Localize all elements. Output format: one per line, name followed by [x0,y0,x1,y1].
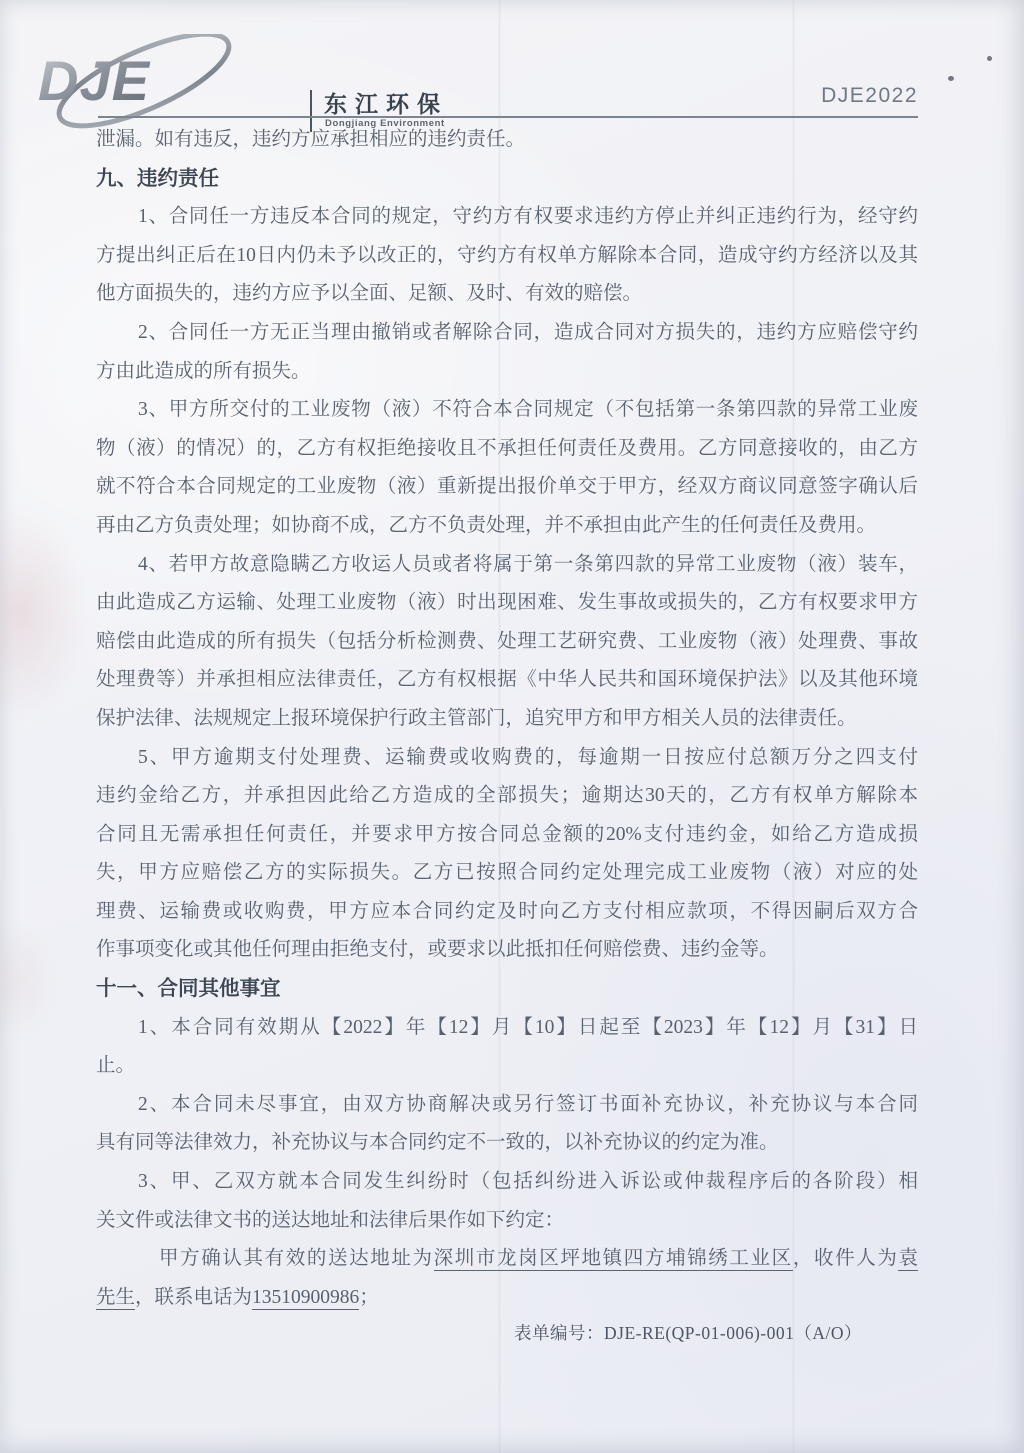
contract-line: 4、若甲方故意隐瞒乙方收运人员或者将属于第一条第四款的异常工业废物（液）装车， [96,546,918,585]
text-segment: ； [359,1287,379,1308]
contract-line: 2、本合同未尽事宜，由双方协商解决或另行签订书面补充协议，补充协议与本合同 [96,1086,918,1125]
contract-line: 再由乙方负责处理；如协商不成，乙方不负责处理，并不承担由此产生的任何责任及费用。 [96,507,918,546]
contract-line: 他方面损失的，违约方应予以全面、足额、及时、有效的赔偿。 [96,275,918,314]
contract-line: 关文件或法律文书的送达地址和法律后果作如下约定： [96,1202,918,1241]
underlined-text: 先生 [96,1287,135,1310]
scan-smudge [0,920,60,1040]
contract-line: 泄漏。如有违反，违约方应承担相应的违约责任。 [96,121,918,160]
underlined-text: 13510900986 [252,1287,359,1310]
contract-line: 1、本合同有效期从【2022】年【12】月【10】日起至【2023】年【12】月… [96,1009,918,1048]
contract-line: 物（液）的情况）的，乙方有权拒绝接收且不承担任何责任及费用。乙方同意接收的，由乙… [96,430,918,469]
contract-line: 就不符合本合同规定的工业废物（液）重新提出报价单交于甲方，经双方商议同意签字确认… [96,468,918,507]
scan-speck [948,76,954,81]
section-heading: 九、违约责任 [96,160,918,199]
form-number: 表单编号：DJE-RE(QP-01-006)-001（A/O） [514,1320,862,1345]
document-code: DJE2022 [821,84,918,108]
contract-line: 止。 [96,1047,918,1086]
text-segment: ，联系电话为 [135,1287,252,1308]
logo-name-cn: 东江环保 [324,86,448,119]
contract-line: 由此造成乙方运输、处理工业废物（液）时出现困难、发生事故或损失的，乙方有权要求甲… [96,584,918,623]
scan-speck [987,56,992,61]
contract-line: 先生，联系电话为13510900986； [96,1279,918,1318]
contract-line: 理费、运输费或收购费，甲方应本合同约定及时向乙方支付相应款项，不得因嗣后双方合 [96,893,918,932]
contract-line: 2、合同任一方无正当理由撤销或者解除合同，造成合同对方损失的，违约方应赔偿守约 [96,314,918,353]
contract-line: 赔偿由此造成的所有损失（包括分析检测费、处理工艺研究费、工业废物（液）处理费、事… [96,623,918,662]
contract-page: DJE 东江环保 Dongjiang Environment DJE2022 泄… [0,0,1024,1453]
contract-line: 处理费等）并承担相应法律责任，乙方有权根据《中华人民共和国环境保护法》以及其他环… [96,661,918,700]
scan-smudge [0,505,88,720]
underlined-text: 袁 [898,1248,918,1271]
contract-line: 1、合同任一方违反本合同的规定，守约方有权要求违约方停止并纠正违约行为，经守约 [96,198,918,237]
contract-line: 方提出纠正后在10日内仍未予以改正的，守约方有权单方解除本合同，造成守约方经济以… [96,237,918,276]
header-rule [98,116,918,118]
dongjiang-logo: DJE 东江环保 Dongjiang Environment [34,34,434,124]
section-heading: 十一、合同其他事宜 [96,970,918,1009]
contract-line: 3、甲方所交付的工业废物（液）不符合本合同规定（不包括第一条第四款的异常工业废 [96,391,918,430]
dje-logo-text: DJE [38,49,151,112]
contract-line: 方由此造成的所有损失。 [96,353,918,392]
contract-line: 3、甲、乙双方就本合同发生纠纷时（包括纠纷进入诉讼或仲裁程序后的各阶段）相 [96,1163,918,1202]
contract-line: 作事项变化或其他任何理由拒绝支付，或要求以此抵扣任何赔偿费、违约金等。 [96,931,918,970]
contract-line: 合同且无需承担任何责任，并要求甲方按合同总金额的20%支付违约金，如给乙方造成损 [96,816,918,855]
contract-line: 具有同等法律效力，补充协议与本合同约定不一致的，以补充协议的约定为准。 [96,1124,918,1163]
contract-line: 保护法律、法规规定上报环境保护行政主管部门，追究甲方和甲方相关人员的法律责任。 [96,700,918,739]
contract-line: 甲方确认其有效的送达地址为深圳市龙岗区坪地镇四方埔锦绣工业区，收件人为袁 [96,1240,918,1279]
text-segment: 甲方确认其有效的送达地址为 [159,1248,434,1269]
text-segment: ，收件人为 [793,1248,899,1269]
contract-line: 5、甲方逾期支付处理费、运输费或收购费的，每逾期一日按应付总额万分之四支付 [96,739,918,778]
contract-line: 违约金给乙方，并承担因此给乙方造成的全部损失；逾期达30天的，乙方有权单方解除本 [96,777,918,816]
contract-line: 失，甲方应赔偿乙方的实际损失。乙方已按照合同约定处理完成工业废物（液）对应的处 [96,854,918,893]
underlined-text: 深圳市龙岗区坪地镇四方埔锦绣工业区 [434,1248,793,1271]
contract-body: 泄漏。如有违反，违约方应承担相应的违约责任。九、违约责任1、合同任一方违反本合同… [96,121,918,1317]
